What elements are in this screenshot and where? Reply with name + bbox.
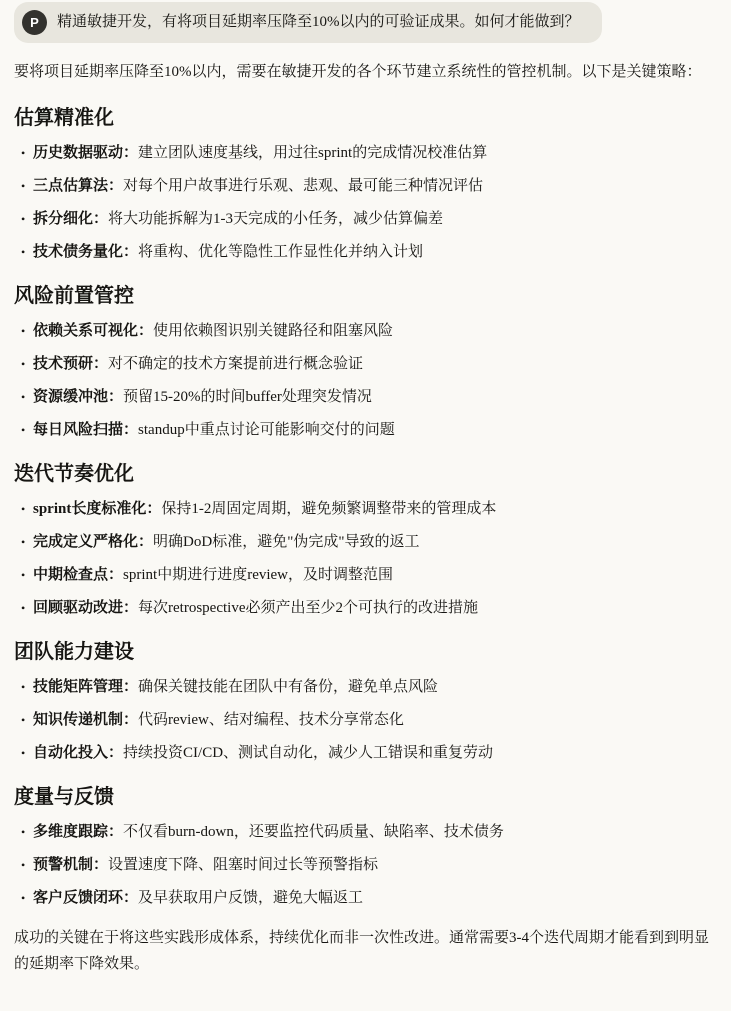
bullet-desc: 对每个用户故事进行乐观、悲观、最可能三种情况评估 xyxy=(123,178,483,194)
bullet-desc: sprint中期进行进度review，及时调整范围 xyxy=(123,567,393,583)
section-heading: 估算精准化 xyxy=(14,105,717,131)
bullet-desc: 建立团队速度基线，用过往sprint的完成情况校准估算 xyxy=(138,145,487,161)
bullet-term: 客户反馈闭环 xyxy=(33,890,123,906)
list-item: 中期检查点：sprint中期进行进度review，及时调整范围 xyxy=(14,564,717,586)
bullet-desc: 预留15-20%的时间buffer处理突发情况 xyxy=(123,389,372,405)
term-separator: ： xyxy=(123,145,138,161)
bullet-term: 知识传递机制 xyxy=(33,712,123,728)
bullet-desc: standup中重点讨论可能影响交付的问题 xyxy=(138,422,395,438)
section-heading: 度量与反馈 xyxy=(14,784,717,810)
term-separator: ： xyxy=(123,600,138,616)
bullet-desc: 不仅看burn-down，还要监控代码质量、缺陷率、技术债务 xyxy=(123,824,504,840)
assistant-response: 要将项目延期率压降至10%以内，需要在敏捷开发的各个环节建立系统性的管控机制。以… xyxy=(14,59,717,977)
term-separator: ： xyxy=(108,745,123,761)
list-item: 完成定义严格化：明确DoD标准，避免"伪完成"导致的返工 xyxy=(14,531,717,553)
bullet-term: 依赖关系可视化 xyxy=(33,323,138,339)
term-separator: ： xyxy=(108,824,123,840)
bullet-term: 技能矩阵管理 xyxy=(33,679,123,695)
term-separator: ： xyxy=(123,679,138,695)
term-separator: ： xyxy=(93,857,108,873)
list-item: 预警机制：设置速度下降、阻塞时间过长等预警指标 xyxy=(14,854,717,876)
list-item: 每日风险扫描：standup中重点讨论可能影响交付的问题 xyxy=(14,419,717,441)
term-separator: ： xyxy=(146,501,161,517)
bullet-term: 多维度跟踪 xyxy=(33,824,108,840)
bullet-desc: 使用依赖图识别关键路径和阻塞风险 xyxy=(153,323,393,339)
bullet-term: 技术预研 xyxy=(33,356,93,372)
bullet-term: 三点估算法 xyxy=(33,178,108,194)
term-separator: ： xyxy=(108,178,123,194)
bullet-list: 历史数据驱动：建立团队速度基线，用过往sprint的完成情况校准估算三点估算法：… xyxy=(14,142,717,263)
list-item: 自动化投入：持续投资CI/CD、测试自动化，减少人工错误和重复劳动 xyxy=(14,742,717,764)
term-separator: ： xyxy=(123,244,138,260)
bullet-term: 完成定义严格化 xyxy=(33,534,138,550)
term-separator: ： xyxy=(108,567,123,583)
list-item: 客户反馈闭环：及早获取用户反馈，避免大幅返工 xyxy=(14,887,717,909)
list-item: 技术预研：对不确定的技术方案提前进行概念验证 xyxy=(14,353,717,375)
bullet-desc: 将大功能拆解为1-3天完成的小任务，减少估算偏差 xyxy=(108,211,443,227)
chat-container: P 精通敏捷开发，有将项目延期率压降至10%以内的可验证成果。如何才能做到？ 要… xyxy=(0,2,731,977)
bullet-list: 多维度跟踪：不仅看burn-down，还要监控代码质量、缺陷率、技术债务预警机制… xyxy=(14,821,717,909)
user-message-text: 精通敏捷开发，有将项目延期率压降至10%以内的可验证成果。如何才能做到？ xyxy=(57,12,580,33)
intro-paragraph: 要将项目延期率压降至10%以内，需要在敏捷开发的各个环节建立系统性的管控机制。以… xyxy=(14,59,717,85)
term-separator: ： xyxy=(93,356,108,372)
bullet-desc: 对不确定的技术方案提前进行概念验证 xyxy=(108,356,363,372)
list-item: 三点估算法：对每个用户故事进行乐观、悲观、最可能三种情况评估 xyxy=(14,175,717,197)
bullet-desc: 持续投资CI/CD、测试自动化，减少人工错误和重复劳动 xyxy=(123,745,493,761)
bullet-list: sprint长度标准化：保持1-2周固定周期，避免频繁调整带来的管理成本完成定义… xyxy=(14,498,717,619)
term-separator: ： xyxy=(138,323,153,339)
section-heading: 迭代节奏优化 xyxy=(14,461,717,487)
list-item: sprint长度标准化：保持1-2周固定周期，避免频繁调整带来的管理成本 xyxy=(14,498,717,520)
term-separator: ： xyxy=(108,389,123,405)
list-item: 多维度跟踪：不仅看burn-down，还要监控代码质量、缺陷率、技术债务 xyxy=(14,821,717,843)
bullet-term: 中期检查点 xyxy=(33,567,108,583)
list-item: 历史数据驱动：建立团队速度基线，用过往sprint的完成情况校准估算 xyxy=(14,142,717,164)
bullet-term: 回顾驱动改进 xyxy=(33,600,123,616)
section-heading: 团队能力建设 xyxy=(14,639,717,665)
bullet-term: 每日风险扫描 xyxy=(33,422,123,438)
bullet-desc: 代码review、结对编程、技术分享常态化 xyxy=(138,712,404,728)
term-separator: ： xyxy=(123,422,138,438)
list-item: 依赖关系可视化：使用依赖图识别关键路径和阻塞风险 xyxy=(14,320,717,342)
bullet-term: 技术债务量化 xyxy=(33,244,123,260)
closing-paragraph: 成功的关键在于将这些实践形成体系，持续优化而非一次性改进。通常需要3-4个迭代周… xyxy=(14,925,717,977)
list-item: 资源缓冲池：预留15-20%的时间buffer处理突发情况 xyxy=(14,386,717,408)
section-heading: 风险前置管控 xyxy=(14,283,717,309)
term-separator: ： xyxy=(123,890,138,906)
bullet-desc: 明确DoD标准，避免"伪完成"导致的返工 xyxy=(153,534,419,550)
list-item: 技能矩阵管理：确保关键技能在团队中有备份，避免单点风险 xyxy=(14,676,717,698)
user-avatar: P xyxy=(22,10,47,35)
bullet-list: 技能矩阵管理：确保关键技能在团队中有备份，避免单点风险知识传递机制：代码revi… xyxy=(14,676,717,764)
bullet-desc: 保持1-2周固定周期，避免频繁调整带来的管理成本 xyxy=(161,501,496,517)
bullet-list: 依赖关系可视化：使用依赖图识别关键路径和阻塞风险技术预研：对不确定的技术方案提前… xyxy=(14,320,717,441)
term-separator: ： xyxy=(93,211,108,227)
bullet-term: 资源缓冲池 xyxy=(33,389,108,405)
bullet-term: 拆分细化 xyxy=(33,211,93,227)
bullet-term: sprint长度标准化 xyxy=(33,501,146,517)
user-message-bubble: P 精通敏捷开发，有将项目延期率压降至10%以内的可验证成果。如何才能做到？ xyxy=(14,2,602,43)
term-separator: ： xyxy=(138,534,153,550)
list-item: 技术债务量化：将重构、优化等隐性工作显性化并纳入计划 xyxy=(14,241,717,263)
bullet-desc: 确保关键技能在团队中有备份，避免单点风险 xyxy=(138,679,438,695)
list-item: 拆分细化：将大功能拆解为1-3天完成的小任务，减少估算偏差 xyxy=(14,208,717,230)
bullet-desc: 每次retrospective必须产出至少2个可执行的改进措施 xyxy=(138,600,478,616)
bullet-desc: 及早获取用户反馈，避免大幅返工 xyxy=(138,890,363,906)
term-separator: ： xyxy=(123,712,138,728)
bullet-term: 历史数据驱动 xyxy=(33,145,123,161)
bullet-term: 自动化投入 xyxy=(33,745,108,761)
bullet-desc: 将重构、优化等隐性工作显性化并纳入计划 xyxy=(138,244,423,260)
list-item: 知识传递机制：代码review、结对编程、技术分享常态化 xyxy=(14,709,717,731)
list-item: 回顾驱动改进：每次retrospective必须产出至少2个可执行的改进措施 xyxy=(14,597,717,619)
bullet-desc: 设置速度下降、阻塞时间过长等预警指标 xyxy=(108,857,378,873)
avatar-letter: P xyxy=(30,15,39,30)
response-sections: 估算精准化历史数据驱动：建立团队速度基线，用过往sprint的完成情况校准估算三… xyxy=(14,105,717,909)
bullet-term: 预警机制 xyxy=(33,857,93,873)
